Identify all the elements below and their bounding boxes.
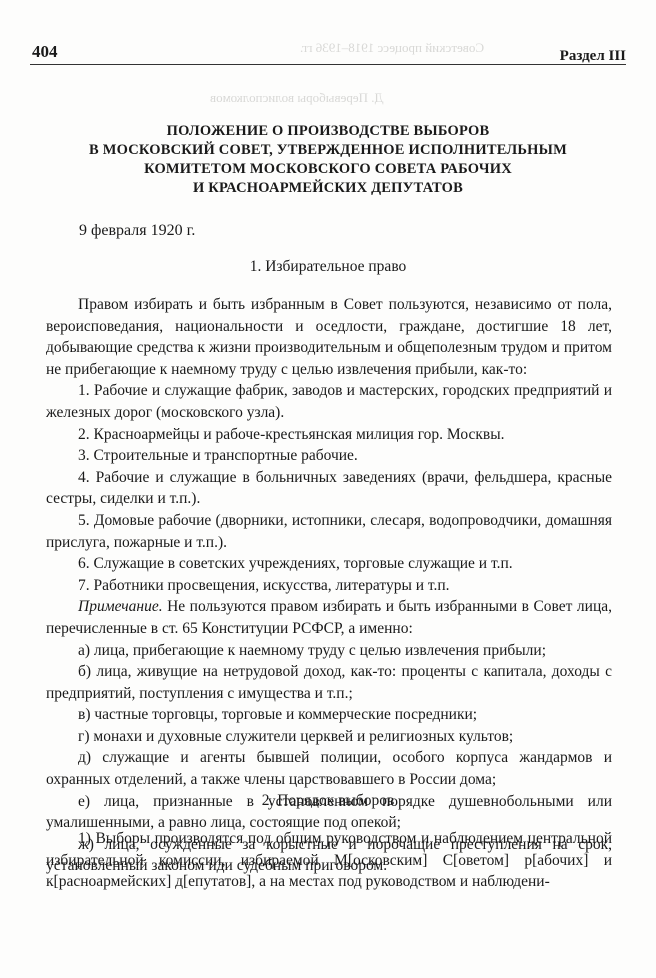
intro-paragraph: Правом избирать и быть избранным в Совет… (46, 294, 612, 380)
section-heading-1: 1. Избирательное право (0, 258, 656, 276)
section-1-body: Правом избирать и быть избранным в Совет… (46, 294, 612, 877)
list-item: 2. Красноармейцы и рабоче-крестьянская м… (46, 424, 612, 446)
bleed-through-decoration: Д. Перевыборы волисполкомов (210, 90, 383, 106)
list-item: 1. Рабочие и служащие фабрик, заводов и … (46, 380, 612, 423)
exclusion-item: в) частные торговцы, торговые и коммерче… (46, 704, 612, 726)
page-number: 404 (32, 42, 58, 62)
document-title: ПОЛОЖЕНИЕ О ПРОИЗВОДСТВЕ ВЫБОРОВ В МОСКО… (60, 122, 596, 198)
title-line: В МОСКОВСКИЙ СОВЕТ, УТВЕРЖДЕННОЕ ИСПОЛНИ… (60, 141, 596, 160)
section-2-body: 1) Выборы производятся под общим руковод… (46, 828, 612, 893)
list-item: 4. Рабочие и служащие в больничных завед… (46, 467, 612, 510)
list-item: 7. Работники просвещения, искусства, лит… (46, 575, 612, 597)
note-paragraph: Примечание. Не пользуются правом избират… (46, 596, 612, 639)
list-item: 3. Строительные и транспортные рабочие. (46, 445, 612, 467)
list-item: 6. Служащие в советских учреждениях, тор… (46, 553, 612, 575)
exclusion-item: а) лица, прибегающие к наемному труду с … (46, 640, 612, 662)
list-item: 5. Домовые рабочие (дворники, истопники,… (46, 510, 612, 553)
document-date: 9 февраля 1920 г. (79, 222, 195, 240)
exclusion-item: б) лица, живущие на нетрудовой доход, ка… (46, 661, 612, 704)
title-line: КОМИТЕТОМ МОСКОВСКОГО СОВЕТА РАБОЧИХ (60, 160, 596, 179)
note-label: Примечание. (78, 598, 163, 615)
paragraph: 1) Выборы производятся под общим руковод… (46, 828, 612, 893)
title-line: ПОЛОЖЕНИЕ О ПРОИЗВОДСТВЕ ВЫБОРОВ (60, 122, 596, 141)
title-line: И КРАСНОАРМЕЙСКИХ ДЕПУТАТОВ (60, 179, 596, 198)
section-heading-2: 2. Порядок выборов (0, 792, 656, 810)
exclusion-item: г) монахи и духовные служители церквей и… (46, 726, 612, 748)
section-label: Раздел III (560, 48, 626, 65)
bleed-through-decoration: Советский процесс 1918–1936 гг. (300, 40, 484, 56)
exclusion-item: д) служащие и агенты бывшей полиции, осо… (46, 747, 612, 790)
